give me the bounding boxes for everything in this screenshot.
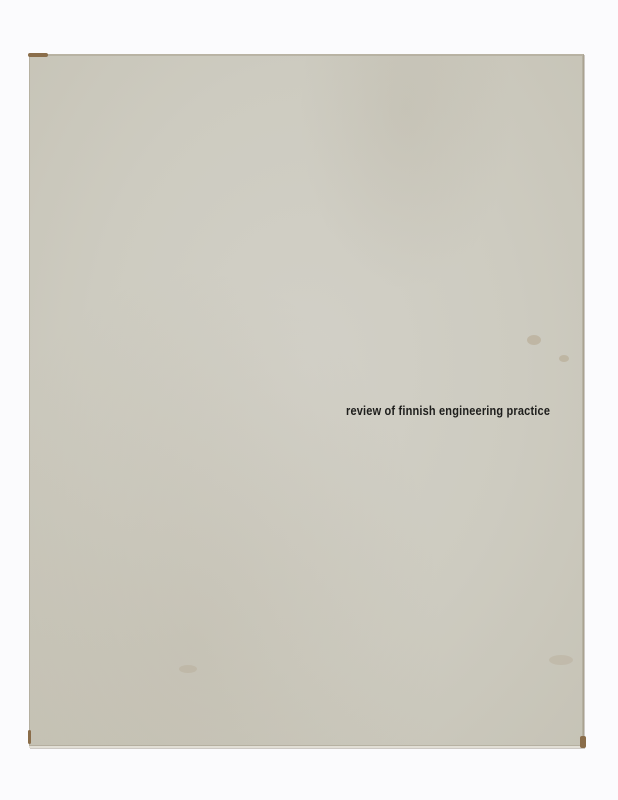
stain-mark — [527, 335, 541, 345]
stain-mark — [179, 665, 197, 673]
stain-mark — [559, 355, 569, 362]
corner-wear-bottom-right — [580, 736, 586, 748]
corner-wear-top-left — [28, 53, 48, 57]
book-cover: review of finnish engineering practice — [29, 54, 584, 748]
stain-mark — [549, 655, 573, 665]
corner-wear-bottom-left — [28, 730, 31, 744]
cover-title: review of finnish engineering practice — [346, 404, 550, 418]
